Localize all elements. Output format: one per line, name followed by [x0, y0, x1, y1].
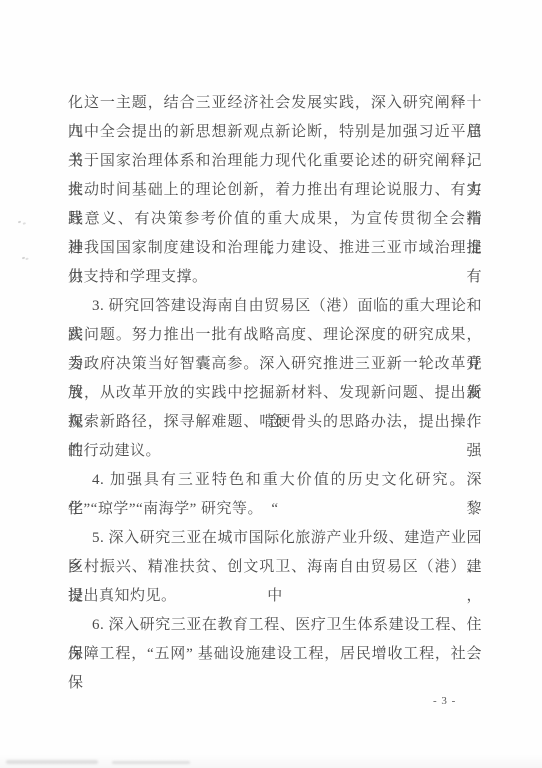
- text-line: 乡村振兴、精准扶贫、创文巩卫、海南自由贸易区（港）建设中，: [68, 553, 482, 582]
- scanned-document-page: 化这一主题，结合三亚经济社会发展实践，深入研究阐释十九届四中全会提出的新思想新观…: [0, 0, 542, 768]
- text-line: 展，从改革开放的实践中挖掘新材料、发现新问题、提出新观念、: [68, 379, 482, 408]
- scan-smudge: [112, 761, 190, 764]
- page-number: - 3 -: [433, 695, 456, 707]
- scan-speck: [22, 257, 26, 260]
- scan-speck: [18, 221, 22, 224]
- text-line: 保障工程，“五网” 基础设施建设工程，居民增收工程，社会保: [68, 640, 482, 669]
- scan-smudge: [6, 760, 98, 764]
- text-line: 推动时间基础上的理论创新，着力推出有理论说服力、有实践指: [68, 176, 482, 205]
- document-body: 化这一主题，结合三亚经济社会发展实践，深入研究阐释十九届四中全会提出的新思想新观…: [68, 89, 482, 669]
- text-line: 四中全会提出的新思想新观点新论断，特别是加强习近平总书记: [68, 118, 482, 147]
- text-line: 5. 深入研究三亚在城市国际化旅游产业升级、建造产业园区、: [68, 524, 482, 553]
- text-line: 践问题。努力推出一批有战略高度、理论深度的研究成果，为党: [68, 321, 482, 350]
- text-line: 4. 加强具有三亚特色和重大价值的历史文化研究。深化“黎: [68, 466, 482, 495]
- text-line: 3. 研究回答建设海南自由贸易区（港）面临的重大理论和实: [68, 292, 482, 321]
- text-line: 化这一主题，结合三亚经济社会发展实践，深入研究阐释十九届: [68, 89, 482, 118]
- text-line: 进我国国家制度建设和治理能力建设、推进三亚市域治理提供有: [68, 234, 482, 263]
- text-line: 委政府决策当好智囊高参。深入研究推进三亚新一轮改革开放发: [68, 350, 482, 379]
- text-line: 6. 深入研究三亚在教育工程、医疗卫生体系建设工程、住房: [68, 611, 482, 640]
- text-line: 导意义、有决策参考价值的重大成果，为宣传贯彻全会精神，推: [68, 205, 482, 234]
- text-line: 关于国家治理体系和治理能力现代化重要论述的研究阐释，大力: [68, 147, 482, 176]
- text-line: 探索新路径，探寻解难题、啃硬骨头的思路办法，提出操作性强: [68, 408, 482, 437]
